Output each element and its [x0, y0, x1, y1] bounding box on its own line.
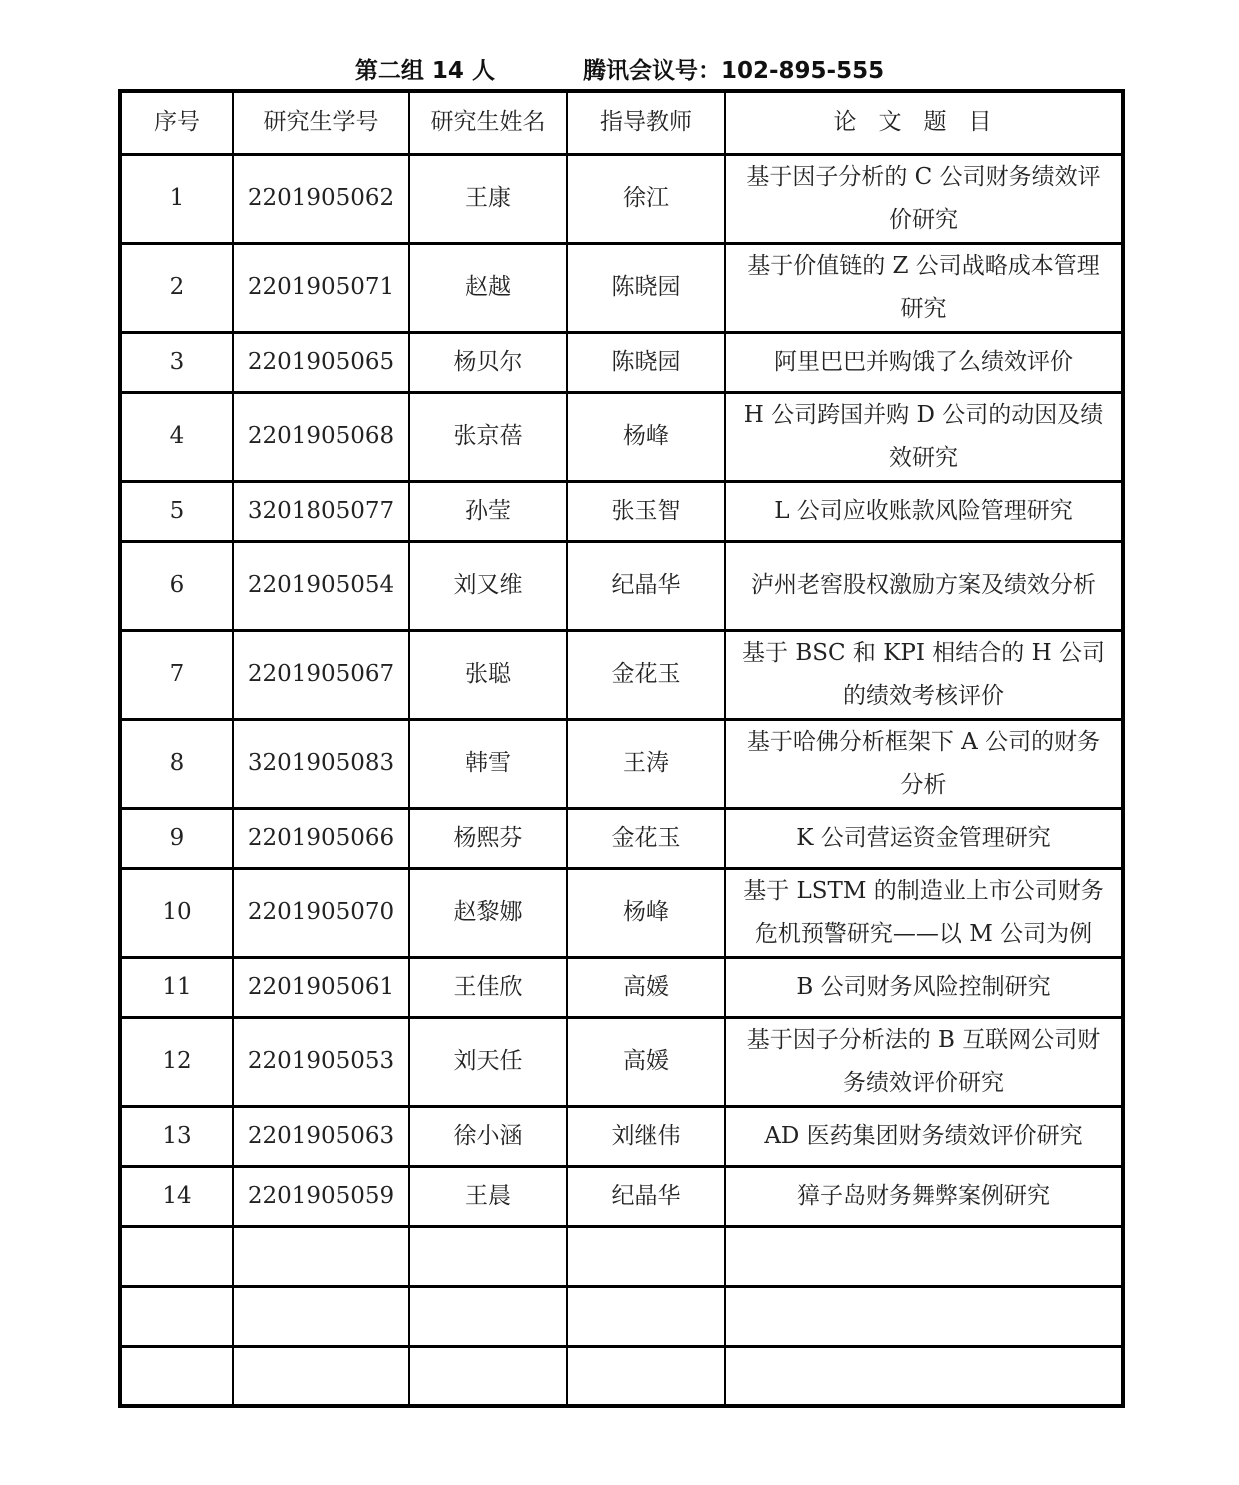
cell-thesis-title: 基于 BSC 和 KPI 相结合的 H 公司的绩效考核评价: [725, 630, 1123, 719]
cell-student-name: 赵越: [409, 243, 567, 332]
cell-student-id: 2201905062: [233, 154, 409, 243]
cell-no: 14: [120, 1166, 233, 1226]
cell-student-id: 2201905059: [233, 1166, 409, 1226]
column-header-thesis-title: 论文题目: [725, 91, 1123, 154]
cell-no: 5: [120, 481, 233, 541]
cell-advisor: 纪晶华: [567, 1166, 725, 1226]
cell-student-id: 3201805077: [233, 481, 409, 541]
cell-student-name: 孙莹: [409, 481, 567, 541]
cell-student-name: 张聪: [409, 630, 567, 719]
cell-student-id: 3201905083: [233, 719, 409, 808]
cell-advisor: 王涛: [567, 719, 725, 808]
cell-thesis-title: L 公司应收账款风险管理研究: [725, 481, 1123, 541]
cell-no: 1: [120, 154, 233, 243]
cell-advisor: 刘继伟: [567, 1106, 725, 1166]
meeting-id-label: 腾讯会议号：102-895-555: [583, 52, 884, 85]
cell-advisor-empty: [567, 1346, 725, 1406]
cell-student-name: 王晨: [409, 1166, 567, 1226]
cell-student-id: 2201905061: [233, 957, 409, 1017]
cell-student-name: 刘又维: [409, 541, 567, 630]
cell-advisor: 纪晶华: [567, 541, 725, 630]
cell-student-id: 2201905066: [233, 808, 409, 868]
cell-thesis-title: H 公司跨国并购 D 公司的动因及绩效研究: [725, 392, 1123, 481]
cell-no: 8: [120, 719, 233, 808]
column-header-student-id: 研究生学号: [233, 91, 409, 154]
cell-student-name: 赵黎娜: [409, 868, 567, 957]
table-row: 92201905066杨熙芬金花玉K 公司营运资金管理研究: [120, 808, 1123, 868]
cell-advisor-empty: [567, 1286, 725, 1346]
cell-student-name: 杨贝尔: [409, 332, 567, 392]
cell-thesis-title: AD 医药集团财务绩效评价研究: [725, 1106, 1123, 1166]
cell-advisor-empty: [567, 1226, 725, 1286]
cell-advisor: 杨峰: [567, 392, 725, 481]
table-row: 42201905068张京蓓杨峰H 公司跨国并购 D 公司的动因及绩效研究: [120, 392, 1123, 481]
cell-student-name: 刘天任: [409, 1017, 567, 1106]
cell-thesis-title: 阿里巴巴并购饿了么绩效评价: [725, 332, 1123, 392]
thesis-defense-table: 序号 研究生学号 研究生姓名 指导教师 论文题目 12201905062王康徐江…: [118, 89, 1125, 1408]
cell-thesis-title: 基于因子分析法的 B 互联网公司财务绩效评价研究: [725, 1017, 1123, 1106]
cell-no: 12: [120, 1017, 233, 1106]
cell-advisor: 徐江: [567, 154, 725, 243]
cell-advisor: 张玉智: [567, 481, 725, 541]
table-row: 72201905067张聪金花玉基于 BSC 和 KPI 相结合的 H 公司的绩…: [120, 630, 1123, 719]
cell-no: 13: [120, 1106, 233, 1166]
table-row: 112201905061王佳欣高媛B 公司财务风险控制研究: [120, 957, 1123, 1017]
cell-thesis-title: 基于哈佛分析框架下 A 公司的财务分析: [725, 719, 1123, 808]
table-row: 22201905071赵越陈晓园基于价值链的 Z 公司战略成本管理研究: [120, 243, 1123, 332]
document-title: 第二组 14 人 腾讯会议号：102-895-555: [0, 50, 1239, 86]
empty-table-row: [120, 1346, 1123, 1406]
cell-advisor: 高媛: [567, 1017, 725, 1106]
column-header-no: 序号: [120, 91, 233, 154]
empty-table-row: [120, 1226, 1123, 1286]
cell-student-name: 王康: [409, 154, 567, 243]
cell-student-name-empty: [409, 1286, 567, 1346]
cell-no: 3: [120, 332, 233, 392]
table-body: 12201905062王康徐江基于因子分析的 C 公司财务绩效评价研究22201…: [120, 154, 1123, 1406]
cell-no: 11: [120, 957, 233, 1017]
cell-thesis-title: K 公司营运资金管理研究: [725, 808, 1123, 868]
table-row: 132201905063徐小涵刘继伟AD 医药集团财务绩效评价研究: [120, 1106, 1123, 1166]
cell-student-name-empty: [409, 1226, 567, 1286]
cell-advisor: 金花玉: [567, 630, 725, 719]
cell-no: 6: [120, 541, 233, 630]
cell-thesis-title: 基于 LSTM 的制造业上市公司财务危机预警研究——以 M 公司为例: [725, 868, 1123, 957]
cell-student-name: 韩雪: [409, 719, 567, 808]
cell-student-id: 2201905053: [233, 1017, 409, 1106]
cell-student-id-empty: [233, 1286, 409, 1346]
cell-thesis-title-empty: [725, 1286, 1123, 1346]
cell-thesis-title: 基于因子分析的 C 公司财务绩效评价研究: [725, 154, 1123, 243]
cell-no: 4: [120, 392, 233, 481]
cell-thesis-title: 獐子岛财务舞弊案例研究: [725, 1166, 1123, 1226]
empty-table-row: [120, 1286, 1123, 1346]
column-header-advisor: 指导教师: [567, 91, 725, 154]
cell-thesis-title-empty: [725, 1346, 1123, 1406]
cell-thesis-title: 泸州老窖股权激励方案及绩效分析: [725, 541, 1123, 630]
table-row: 12201905062王康徐江基于因子分析的 C 公司财务绩效评价研究: [120, 154, 1123, 243]
column-header-student-name: 研究生姓名: [409, 91, 567, 154]
cell-no: 2: [120, 243, 233, 332]
cell-advisor: 陈晓园: [567, 243, 725, 332]
cell-student-name-empty: [409, 1346, 567, 1406]
cell-student-id: 2201905070: [233, 868, 409, 957]
cell-student-id: 2201905071: [233, 243, 409, 332]
cell-advisor: 金花玉: [567, 808, 725, 868]
cell-student-id-empty: [233, 1346, 409, 1406]
cell-student-id: 2201905065: [233, 332, 409, 392]
cell-advisor: 杨峰: [567, 868, 725, 957]
cell-no: 9: [120, 808, 233, 868]
cell-no-empty: [120, 1286, 233, 1346]
cell-student-name: 王佳欣: [409, 957, 567, 1017]
cell-student-id: 2201905068: [233, 392, 409, 481]
cell-thesis-title: B 公司财务风险控制研究: [725, 957, 1123, 1017]
cell-no-empty: [120, 1346, 233, 1406]
table-row: 142201905059王晨纪晶华獐子岛财务舞弊案例研究: [120, 1166, 1123, 1226]
table-row: 62201905054刘又维纪晶华泸州老窖股权激励方案及绩效分析: [120, 541, 1123, 630]
cell-student-id: 2201905063: [233, 1106, 409, 1166]
cell-thesis-title: 基于价值链的 Z 公司战略成本管理研究: [725, 243, 1123, 332]
cell-no: 7: [120, 630, 233, 719]
cell-advisor: 高媛: [567, 957, 725, 1017]
table-row: 83201905083韩雪王涛基于哈佛分析框架下 A 公司的财务分析: [120, 719, 1123, 808]
cell-no-empty: [120, 1226, 233, 1286]
cell-student-id-empty: [233, 1226, 409, 1286]
table-header-row: 序号 研究生学号 研究生姓名 指导教师 论文题目: [120, 91, 1123, 154]
group-label: 第二组 14 人: [355, 52, 495, 85]
cell-student-id: 2201905054: [233, 541, 409, 630]
cell-student-name: 张京蓓: [409, 392, 567, 481]
table-row: 32201905065杨贝尔陈晓园阿里巴巴并购饿了么绩效评价: [120, 332, 1123, 392]
cell-thesis-title-empty: [725, 1226, 1123, 1286]
cell-student-name: 杨熙芬: [409, 808, 567, 868]
table-row: 122201905053刘天任高媛基于因子分析法的 B 互联网公司财务绩效评价研…: [120, 1017, 1123, 1106]
cell-student-id: 2201905067: [233, 630, 409, 719]
cell-no: 10: [120, 868, 233, 957]
cell-advisor: 陈晓园: [567, 332, 725, 392]
table-row: 53201805077孙莹张玉智L 公司应收账款风险管理研究: [120, 481, 1123, 541]
cell-student-name: 徐小涵: [409, 1106, 567, 1166]
table-row: 102201905070赵黎娜杨峰基于 LSTM 的制造业上市公司财务危机预警研…: [120, 868, 1123, 957]
